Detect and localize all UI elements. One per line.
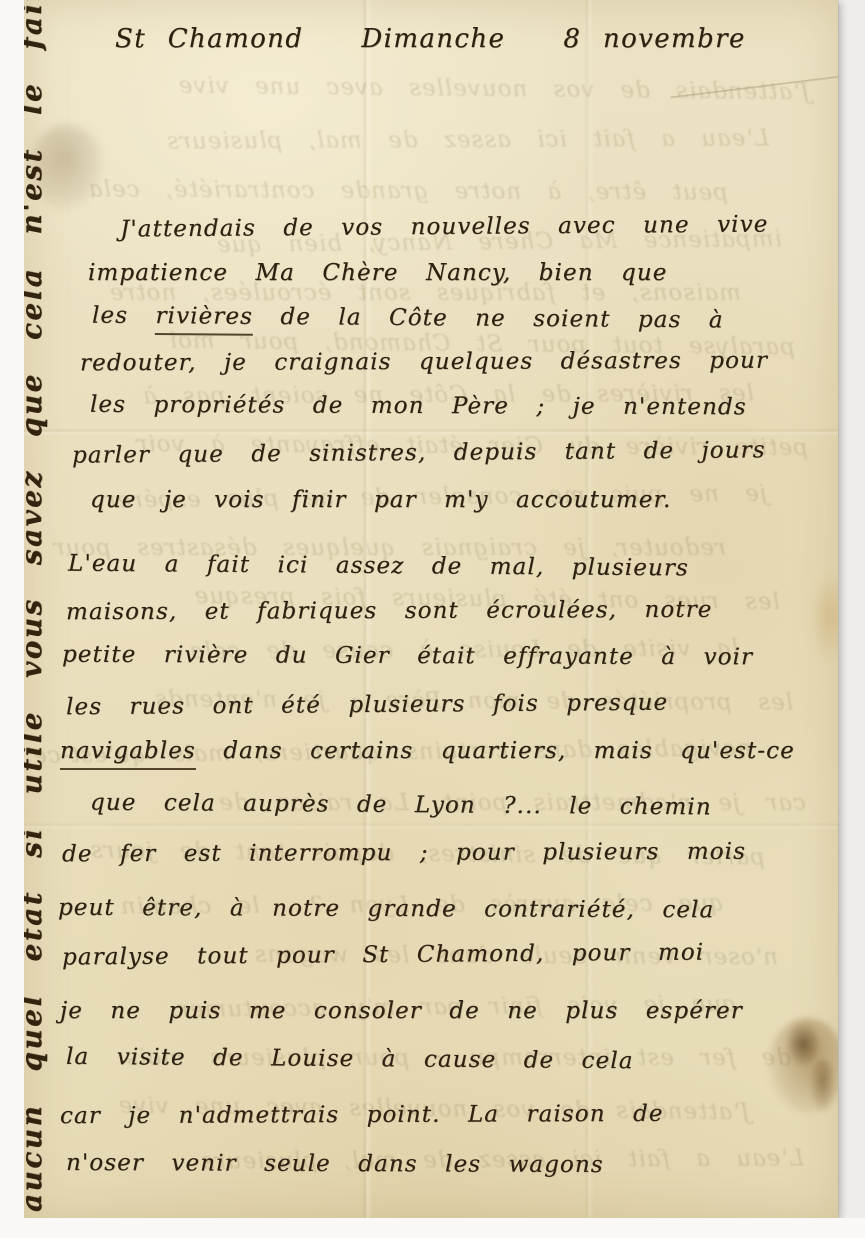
scan-background-left [0,0,24,1238]
underlined-word: rivières [155,303,253,336]
letter-line: car je n'admettrais point. La raison de [60,1099,664,1131]
dateline-place: St Chamond [115,24,303,54]
letter-line: parler que de sinistres, depuis tant de … [72,435,766,470]
scan-background-bottom [0,1218,865,1238]
ghost-line: J'attendais de vos nouvelles avec une vi… [178,73,810,106]
letter-paper-sheet: J'attendais de vos nouvelles avec une vi… [24,0,838,1218]
letter-line: maisons, et fabriques sont écroulées, no… [66,595,713,627]
stain-right-edge [810,572,838,662]
letter-line: navigables dans certains quartiers, mais… [60,736,795,766]
letter-line: que cela auprès de Lyon ?... le chemin [90,788,712,823]
stain-bottom-right [768,1018,838,1114]
dateline-date: 8 novembre [563,24,745,54]
letter-line: je ne puis me consoler de ne plus espére… [60,996,743,1026]
underlined-word: navigables [60,738,196,770]
letter-line: petite rivière du Gier était effrayante … [62,640,753,673]
letter-line: redouter, je craignais quelques désastre… [80,346,768,379]
letter-line: la visite de Louise à cause de cela [66,1042,634,1076]
letter-line: impatience Ma Chère Nancy, bien que [88,258,668,288]
margin-cross-writing: aucun quel état si utile vous savez que … [24,0,48,1212]
stain-bottom-right-dark-spot [786,1022,820,1066]
ghost-line: peut être, à notre grande contrariété, c… [88,176,728,205]
letter-scan: J'attendais de vos nouvelles avec une vi… [0,0,865,1238]
corner-fold-crease [670,75,838,99]
ghost-line: L'eau a fait ici assez de mal, plusieurs [166,125,769,154]
letter-line: paralyse tout pour St Chamond, pour moi [62,938,704,973]
letter-line: les propriétés de mon Père ; je n'entend… [90,390,747,423]
letter-line: de fer est interrompu ; pour plusieurs m… [62,837,746,870]
letter-line: que je vois finir par m'y accoutumer. [90,485,671,515]
horizontal-fold-crease [24,822,838,830]
letter-line: les rues ont été plusieurs fois presque [66,688,668,723]
letter-line: L'eau a fait ici assez de mal, plusieurs [68,549,689,584]
letter-line: peut être, à notre grande contrariété, c… [58,893,714,926]
letter-line: n'oser venir seule dans les wagons [66,1148,604,1180]
stain-bottom-right-spot [810,1060,836,1112]
letter-line: les rivières de la Côte ne soient pas à [92,301,724,336]
letter-line: J'attendais de vos nouvelles avec une vi… [120,210,769,245]
dateline-weekday: Dimanche [361,24,505,54]
letter-dateline: St ChamondDimanche8 novembre [115,24,746,54]
